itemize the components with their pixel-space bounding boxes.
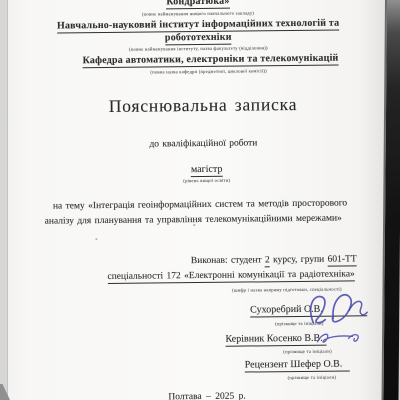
topic-line2: аналізу для планування та управління тел… <box>0 213 393 227</box>
page-content: Кондратюка» (повне найменування вищого н… <box>0 0 400 400</box>
supervisor-caption: (прізвище та ініціали) <box>260 348 356 354</box>
scan-speck <box>193 224 195 226</box>
university-name-fragment: Кондратюка» <box>0 0 398 9</box>
degree-caption: (рівень вищої освіти) <box>7 176 400 185</box>
department-caption: (повна назва кафедри (предметної, циклов… <box>9 67 400 76</box>
book-binding-edge <box>381 0 400 400</box>
scanned-title-page: Кондратюка» (повне найменування вищого н… <box>0 0 400 400</box>
document-title: Пояснювальна записка <box>3 93 400 118</box>
document-subtitle: до кваліфікаційної роботи <box>3 137 400 151</box>
supervisor-line: Керівник Косенко В.В. <box>225 333 326 345</box>
topic-line1: на тему «Інтеграція геоінформаційних сис… <box>0 198 400 212</box>
reviewer-caption: (прізвище та ініціали) <box>264 374 360 380</box>
executor-line: Виконав: студент 2 курсу, групи 601-ТТ <box>1 254 357 268</box>
reviewer-line: Рецензент Шефер О.В. <box>245 358 350 370</box>
footer-city-year: Полтава – 2025 р. <box>7 390 400 400</box>
scan-speck <box>95 238 97 240</box>
department-name: Кафедра автоматики, електроніки та телек… <box>10 52 400 67</box>
student-signature <box>303 288 369 329</box>
specialty-line: спеціальності 172 «Електронні комунікаці… <box>1 269 355 283</box>
degree-level: магістр <box>7 162 400 177</box>
supervisor-signature <box>314 329 362 347</box>
